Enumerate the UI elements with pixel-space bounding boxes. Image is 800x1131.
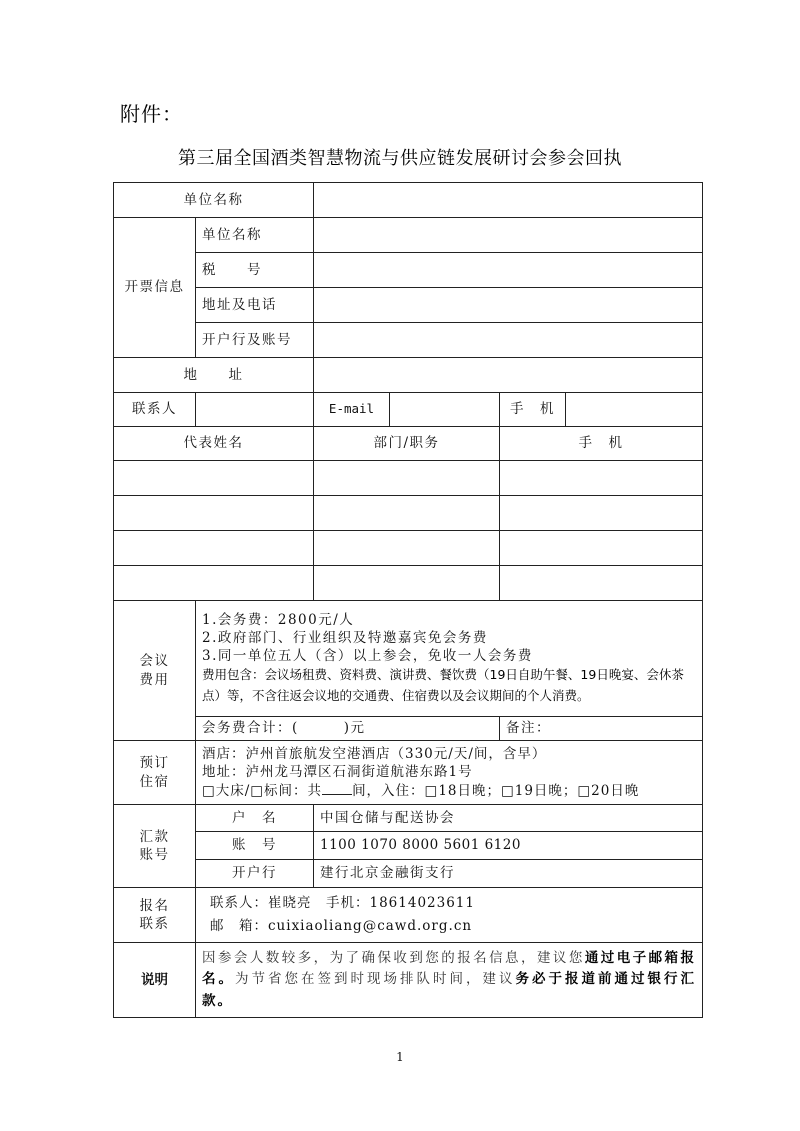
- hotel-row: 预订 住宿 酒店：泸州首旅航发空港酒店（330元/天/间，含早） 地址：泸州龙马…: [114, 741, 703, 805]
- unit-name-label: 单位名称: [114, 183, 314, 218]
- bank-row-1: 汇款 账号 户 名 中国仓储与配送协会: [114, 805, 703, 832]
- attachment-label: 附件：: [120, 98, 183, 127]
- fees-label-line1: 会议: [120, 652, 189, 670]
- rep-mobile-header: 手 机: [500, 427, 703, 461]
- hotel-label-line2: 住宿: [120, 773, 189, 791]
- rep-name-field[interactable]: [114, 531, 314, 566]
- fees-remark-label[interactable]: 备注：: [500, 717, 703, 741]
- registration-label-line2: 联系: [120, 915, 189, 933]
- email-label: E-mail: [314, 393, 390, 427]
- rep-name-header: 代表姓名: [114, 427, 314, 461]
- address-phone-label: 地址及电话: [196, 288, 314, 323]
- contact-row: 联系人 E-mail 手 机: [114, 393, 703, 427]
- hotel-name: 酒店：泸州首旅航发空港酒店（330元/天/间，含早）: [202, 745, 696, 763]
- bank-branch-value: 建行北京金融街支行: [314, 860, 703, 888]
- bank-label: 汇款 账号: [114, 805, 196, 888]
- bank-label-line1: 汇款: [120, 828, 189, 846]
- contact-mobile-label: 手 机: [500, 393, 566, 427]
- tax-number-label: 税 号: [196, 253, 314, 288]
- bank-account-field[interactable]: [314, 323, 703, 358]
- account-number-label: 账 号: [196, 832, 314, 860]
- rep-mobile-field[interactable]: [500, 496, 703, 531]
- rep-department-field[interactable]: [314, 531, 500, 566]
- explanation-label: 说明: [114, 943, 196, 1018]
- fees-label: 会议 费用: [114, 601, 196, 741]
- account-name-value: 中国仓储与配送协会: [314, 805, 703, 832]
- bank-label-line2: 账号: [120, 846, 189, 864]
- explanation-part1: 因参会人数较多，为了确保收到您的报名信息，建议您: [202, 950, 585, 966]
- fees-total-row: 会务费合计：( )元 备注：: [114, 717, 703, 741]
- checkin-night-options[interactable]: 间，入住：□18日晚；□19日晚；□20日晚: [352, 783, 639, 799]
- room-type-options[interactable]: □大床/□标间：共: [202, 783, 322, 799]
- room-count-blank[interactable]: [322, 782, 352, 795]
- hotel-label-line1: 预订: [120, 754, 189, 772]
- fees-row: 会议 费用 1.会务费：2800元/人 2.政府部门、行业组织及特邀嘉宾免会务费…: [114, 601, 703, 717]
- address-row: 地 址: [114, 358, 703, 393]
- explanation-part2: 为节省您在签到时现场排队时间，建议: [235, 971, 516, 987]
- contact-person-field[interactable]: [196, 393, 314, 427]
- document-title: 第三届全国酒类智慧物流与供应链发展研讨会参会回执: [0, 144, 800, 170]
- hotel-details: 酒店：泸州首旅航发空港酒店（330元/天/间，含早） 地址：泸州龙马潭区石洞街道…: [196, 741, 703, 805]
- invoice-row-2: 税 号: [114, 253, 703, 288]
- account-name-label: 户 名: [196, 805, 314, 832]
- representative-row: [114, 461, 703, 496]
- address-label: 地 址: [114, 358, 314, 393]
- contact-mobile-field[interactable]: [566, 393, 703, 427]
- representative-row: [114, 496, 703, 531]
- address-phone-field[interactable]: [314, 288, 703, 323]
- bank-account-label: 开户行及账号: [196, 323, 314, 358]
- fee-includes: 费用包含：会议场租费、资料费、演讲费、餐饮费（19日自助午餐、19日晚宴、会休茶…: [202, 665, 696, 706]
- fees-details: 1.会务费：2800元/人 2.政府部门、行业组织及特邀嘉宾免会务费 3.同一单…: [196, 601, 703, 717]
- invoice-row-1: 开票信息 单位名称: [114, 218, 703, 253]
- unit-name-row: 单位名称: [114, 183, 703, 218]
- fee-item: 3.同一单位五人（含）以上参会，免收一人会务费: [202, 647, 696, 665]
- rep-name-field[interactable]: [114, 461, 314, 496]
- registration-form: 单位名称 开票信息 单位名称 税 号 地址及电话 开户行及账号 地 址 联系人 …: [113, 182, 702, 1018]
- fees-total-label[interactable]: 会务费合计：( )元: [196, 717, 500, 741]
- invoice-row-3: 地址及电话: [114, 288, 703, 323]
- address-field[interactable]: [314, 358, 703, 393]
- registration-label: 报名 联系: [114, 888, 196, 943]
- rep-mobile-field[interactable]: [500, 531, 703, 566]
- explanation-text: 因参会人数较多，为了确保收到您的报名信息，建议您通过电子邮箱报名。为节省您在签到…: [196, 943, 703, 1018]
- bank-row-3: 开户行 建行北京金融街支行: [114, 860, 703, 888]
- page-number: 1: [0, 1050, 800, 1064]
- registration-email[interactable]: 邮 箱：cuixiaoliang@cawd.org.cn: [210, 915, 696, 938]
- representative-row: [114, 531, 703, 566]
- representatives-header-row: 代表姓名 部门/职务 手 机: [114, 427, 703, 461]
- contact-person-label: 联系人: [114, 393, 196, 427]
- fees-label-line2: 费用: [120, 671, 189, 689]
- email-field[interactable]: [390, 393, 500, 427]
- rep-name-field[interactable]: [114, 496, 314, 531]
- fee-item: 1.会务费：2800元/人: [202, 611, 696, 629]
- registration-details: 联系人：崔晓亮 手机：18614023611 邮 箱：cuixiaoliang@…: [196, 888, 703, 943]
- bank-row-2: 账 号 1100 1070 8000 5601 6120: [114, 832, 703, 860]
- bank-branch-label: 开户行: [196, 860, 314, 888]
- account-number-value: 1100 1070 8000 5601 6120: [314, 832, 703, 860]
- rep-mobile-field[interactable]: [500, 566, 703, 601]
- rep-department-field[interactable]: [314, 461, 500, 496]
- invoice-unit-name-field[interactable]: [314, 218, 703, 253]
- rep-mobile-field[interactable]: [500, 461, 703, 496]
- registration-label-line1: 报名: [120, 897, 189, 915]
- invoice-unit-name-label: 单位名称: [196, 218, 314, 253]
- unit-name-field[interactable]: [314, 183, 703, 218]
- rep-department-field[interactable]: [314, 496, 500, 531]
- explanation-row: 说明 因参会人数较多，为了确保收到您的报名信息，建议您通过电子邮箱报名。为节省您…: [114, 943, 703, 1018]
- rep-name-field[interactable]: [114, 566, 314, 601]
- invoice-group-label: 开票信息: [114, 218, 196, 358]
- hotel-options[interactable]: □大床/□标间：共间，入住：□18日晚；□19日晚；□20日晚: [202, 782, 696, 800]
- invoice-row-4: 开户行及账号: [114, 323, 703, 358]
- hotel-address: 地址：泸州龙马潭区石洞街道航港东路1号: [202, 763, 696, 781]
- hotel-label: 预订 住宿: [114, 741, 196, 805]
- registration-row: 报名 联系 联系人：崔晓亮 手机：18614023611 邮 箱：cuixiao…: [114, 888, 703, 943]
- registration-contact: 联系人：崔晓亮 手机：18614023611: [210, 892, 696, 915]
- tax-number-field[interactable]: [314, 253, 703, 288]
- fee-item: 2.政府部门、行业组织及特邀嘉宾免会务费: [202, 629, 696, 647]
- rep-department-header: 部门/职务: [314, 427, 500, 461]
- representative-row: [114, 566, 703, 601]
- rep-department-field[interactable]: [314, 566, 500, 601]
